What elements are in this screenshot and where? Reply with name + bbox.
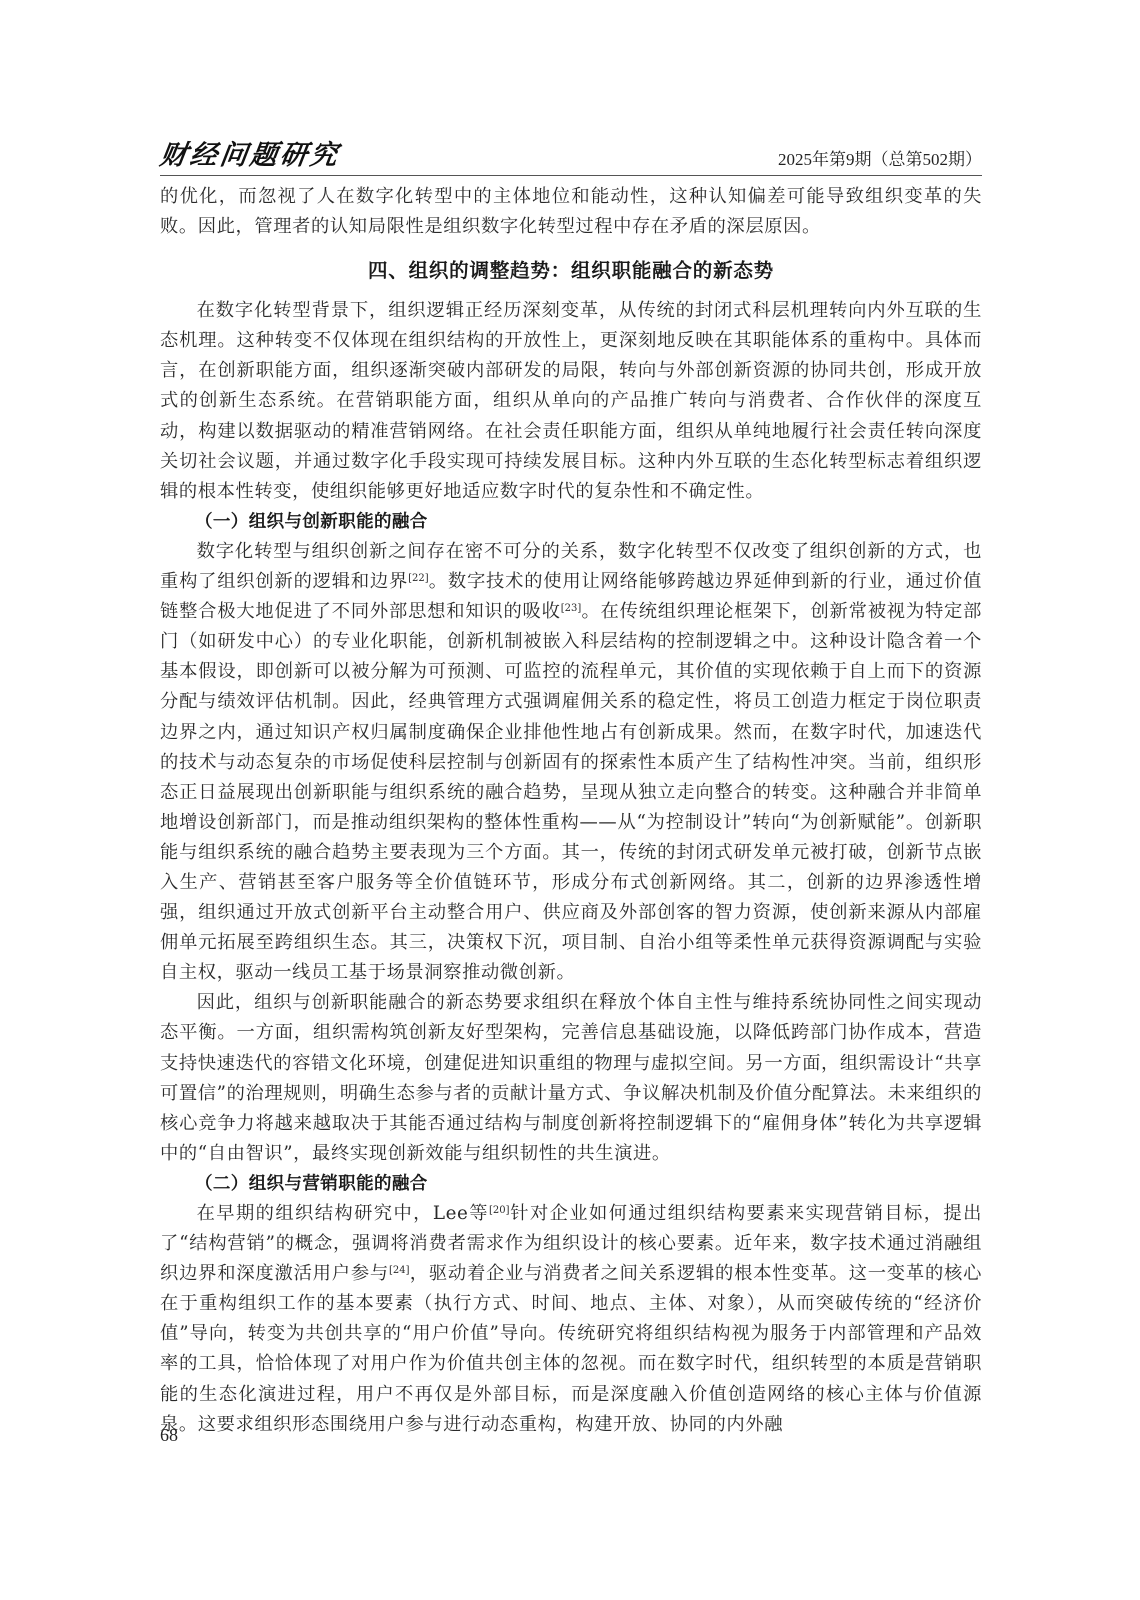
citation-ref[interactable]: [24] (389, 1265, 410, 1276)
subsection-heading-innovation: （一）组织与创新职能的融合 (160, 507, 982, 537)
paragraph: 在早期的组织结构研究中，Lee等[20]针对企业如何通过组织结构要素来实现营销目… (160, 1199, 982, 1440)
citation-ref[interactable]: [23] (561, 603, 582, 614)
journal-logo: 财经问题研究 (158, 140, 342, 172)
paragraph-continued: 的优化，而忽视了人在数字化转型中的主体地位和能动性，这种认知偏差可能导致组织变革… (160, 182, 982, 242)
paragraph-text: ，驱动着企业与消费者之间关系逻辑的根本性变革。这一变革的核心在于重构组织工作的基… (160, 1263, 982, 1434)
citation-ref[interactable]: [22] (408, 573, 429, 584)
section-heading: 四、组织的调整趋势：组织职能融合的新态势 (160, 256, 982, 286)
paragraph: 在数字化转型背景下，组织逻辑正经历深刻变革，从传统的封闭式科层机理转向内外互联的… (160, 296, 982, 507)
paragraph: 因此，组织与创新职能融合的新态势要求组织在释放个体自主性与维持系统协同性之间实现… (160, 988, 982, 1169)
citation-ref[interactable]: [20] (489, 1205, 510, 1216)
issue-info: 2025年第9期（总第502期） (778, 149, 982, 171)
paragraph-text: 。在传统组织理论框架下，创新常被视为特定部门（如研发中心）的专业化职能，创新机制… (160, 601, 982, 983)
paragraph: 数字化转型与组织创新之间存在密不可分的关系，数字化转型不仅改变了组织创新的方式，… (160, 537, 982, 988)
subsection-heading-marketing: （二）组织与营销职能的融合 (160, 1169, 982, 1199)
running-header: 财经问题研究 2025年第9期（总第502期） (160, 140, 982, 176)
article-body: 的优化，而忽视了人在数字化转型中的主体地位和能动性，这种认知偏差可能导致组织变革… (160, 182, 982, 1440)
page-number: 68 (160, 1425, 178, 1446)
paragraph-text: 在早期的组织结构研究中，Lee等 (197, 1203, 489, 1224)
